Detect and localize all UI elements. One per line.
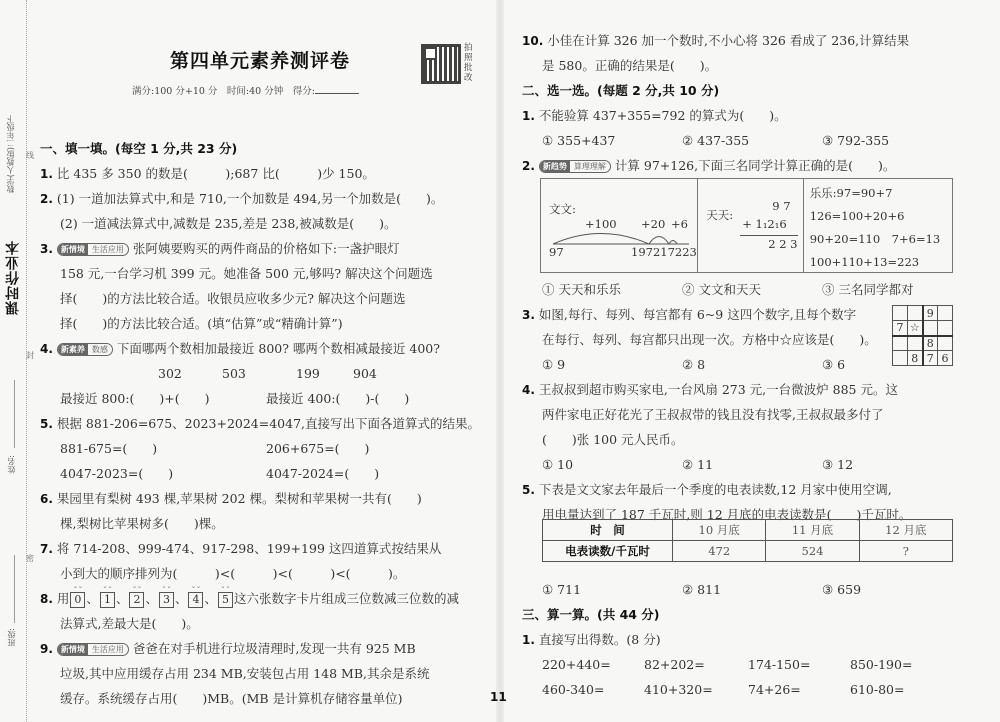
- question-6: 6. 果园里有梨树 493 棵,苹果树 202 棵。梨树和苹果树一共有( ): [40, 486, 485, 511]
- section-heading: 二、选一选。(每题 2 分,共 10 分): [522, 78, 967, 103]
- choice-question-2: 2. 新趋势算理理解 计算 97+126,下面三名同学计算正确的是( )。: [522, 153, 967, 178]
- question-1: 1. 比 435 多 350 的数是( );687 比( )少 150。: [40, 161, 485, 186]
- table-header-row: 时 间10 月底11 月底12 月底: [543, 520, 953, 541]
- sudoku-grid: 9 7☆ 8 876: [892, 305, 953, 366]
- question-10: 10. 小佳在计算 326 加一个数时,不小心将 326 看成了 236,计算结…: [522, 28, 967, 53]
- score-blank[interactable]: [315, 93, 359, 94]
- oral-calc-row: 460-340=410+320=74+26=610-80=: [522, 677, 967, 702]
- question-2b: (2) 一道减法算式中,减数是 235,差是 238,被减数是( )。: [40, 211, 485, 236]
- options: ① 10② 11③ 12: [522, 452, 967, 477]
- meta-text: 满分:100 分+10 分 时间:40 分钟 得分:: [132, 86, 315, 97]
- section-heading: 一、填一填。(每空 1 分,共 23 分): [40, 136, 485, 161]
- question-5: 5. 根据 881-206=675、2023+2024=4047,直接写出下面各…: [40, 411, 485, 436]
- digit-card: 5: [218, 592, 233, 608]
- digit-card: 3: [159, 592, 174, 608]
- question-3: 3. 新情境生活应用 张阿姨要购买的两件商品的价格如下:一盏护眼灯: [40, 236, 485, 261]
- qr-code-icon[interactable]: [421, 44, 461, 84]
- digit-card: 0: [70, 592, 85, 608]
- choice-question-5: 5. 下表是文文家去年最后一个季度的电表读数,12 月家中使用空调,: [522, 477, 967, 502]
- options: ① 711② 811③ 659: [522, 577, 967, 602]
- tag-badge: 新情境生活应用: [57, 243, 129, 256]
- page-title: 第四单元素养测评卷: [170, 46, 350, 73]
- digit-card: 2: [129, 592, 144, 608]
- worksheet-page: 课时作业本 数学(人教版)二年级下 姓名: 班级: 线 封 密 第四单元素养测评…: [0, 0, 1000, 722]
- name-line[interactable]: [14, 380, 15, 448]
- question-8: 8. 用0、1、2、3、4、5这六张数字卡片组成三位数减三位数的减: [40, 586, 485, 611]
- table-row: 电表读数/千瓦时472524?: [543, 541, 953, 562]
- calc-methods-box: 文文: +100 +20 +6 97 197217223 天天: 9 7 + 1…: [540, 178, 953, 273]
- class-label: 班级:: [6, 628, 17, 647]
- question-2a: 2. (1) 一道加法算式中,和是 710,一个加数是 494,另一个加数是( …: [40, 186, 485, 211]
- calc-question-1: 1. 直接写出得数。(8 分): [522, 627, 967, 652]
- class-line[interactable]: [14, 555, 15, 623]
- tag-badge: 新趋势算理理解: [539, 160, 611, 173]
- name-label: 姓名:: [6, 455, 17, 474]
- cut-mark: 线: [26, 150, 34, 161]
- page-gutter: [496, 0, 504, 722]
- cut-mark: 密: [26, 553, 34, 564]
- book-subtitle: 数学(人教版)二年级下: [5, 115, 16, 193]
- tag-badge: 新情境生活应用: [57, 643, 129, 656]
- cut-line: [26, 0, 27, 722]
- question-7: 7. 将 714-208、999-474、917-298、199+199 这四道…: [40, 536, 485, 561]
- section-heading: 三、算一算。(共 44 分): [522, 602, 967, 627]
- left-column: 一、填一填。(每空 1 分,共 23 分) 1. 比 435 多 350 的数是…: [40, 136, 485, 711]
- digit-card: 1: [100, 592, 115, 608]
- oral-calc-row: 220+440=82+202=174-150=850-190=: [522, 652, 967, 677]
- choice-question-4: 4. 王叔叔到超市购买家电,一台风扇 273 元,一台微波炉 885 元。这: [522, 377, 967, 402]
- question-9: 9. 新情境生活应用 爸爸在对手机进行垃圾清理时,发现一共有 925 MB: [40, 636, 485, 661]
- cut-mark: 封: [26, 350, 34, 361]
- lele-method: 乐乐:97=90+7 126=100+20+6 90+20=110 7+6=13…: [804, 179, 952, 272]
- tiantian-method: 天天: 9 7 + 1₁2₁6 2 2 3: [698, 179, 803, 272]
- number-list: 302 503 199 904: [40, 361, 485, 386]
- brand-label: 课时作业本: [3, 240, 23, 315]
- meter-reading-table: 时 间10 月底11 月底12 月底 电表读数/千瓦时472524?: [542, 519, 953, 562]
- qr-label: 拍照批改: [464, 43, 474, 83]
- page-number: 11: [490, 690, 507, 704]
- options: ① 355+437② 437-355③ 792-355: [522, 128, 967, 153]
- wenwen-method: 文文: +100 +20 +6 97 197217223: [541, 179, 698, 272]
- digit-card: 4: [188, 592, 203, 608]
- options: ① 天天和乐乐② 文文和天天③ 三名同学都对: [522, 277, 967, 302]
- score-meta: 满分:100 分+10 分 时间:40 分钟 得分:: [132, 83, 359, 97]
- question-4: 4. 新素养数感 下面哪两个数相加最接近 800? 哪两个数相减最接近 400?: [40, 336, 485, 361]
- tag-badge: 新素养数感: [57, 343, 113, 356]
- choice-question-1: 1. 不能验算 437+355=792 的算式为( )。: [522, 103, 967, 128]
